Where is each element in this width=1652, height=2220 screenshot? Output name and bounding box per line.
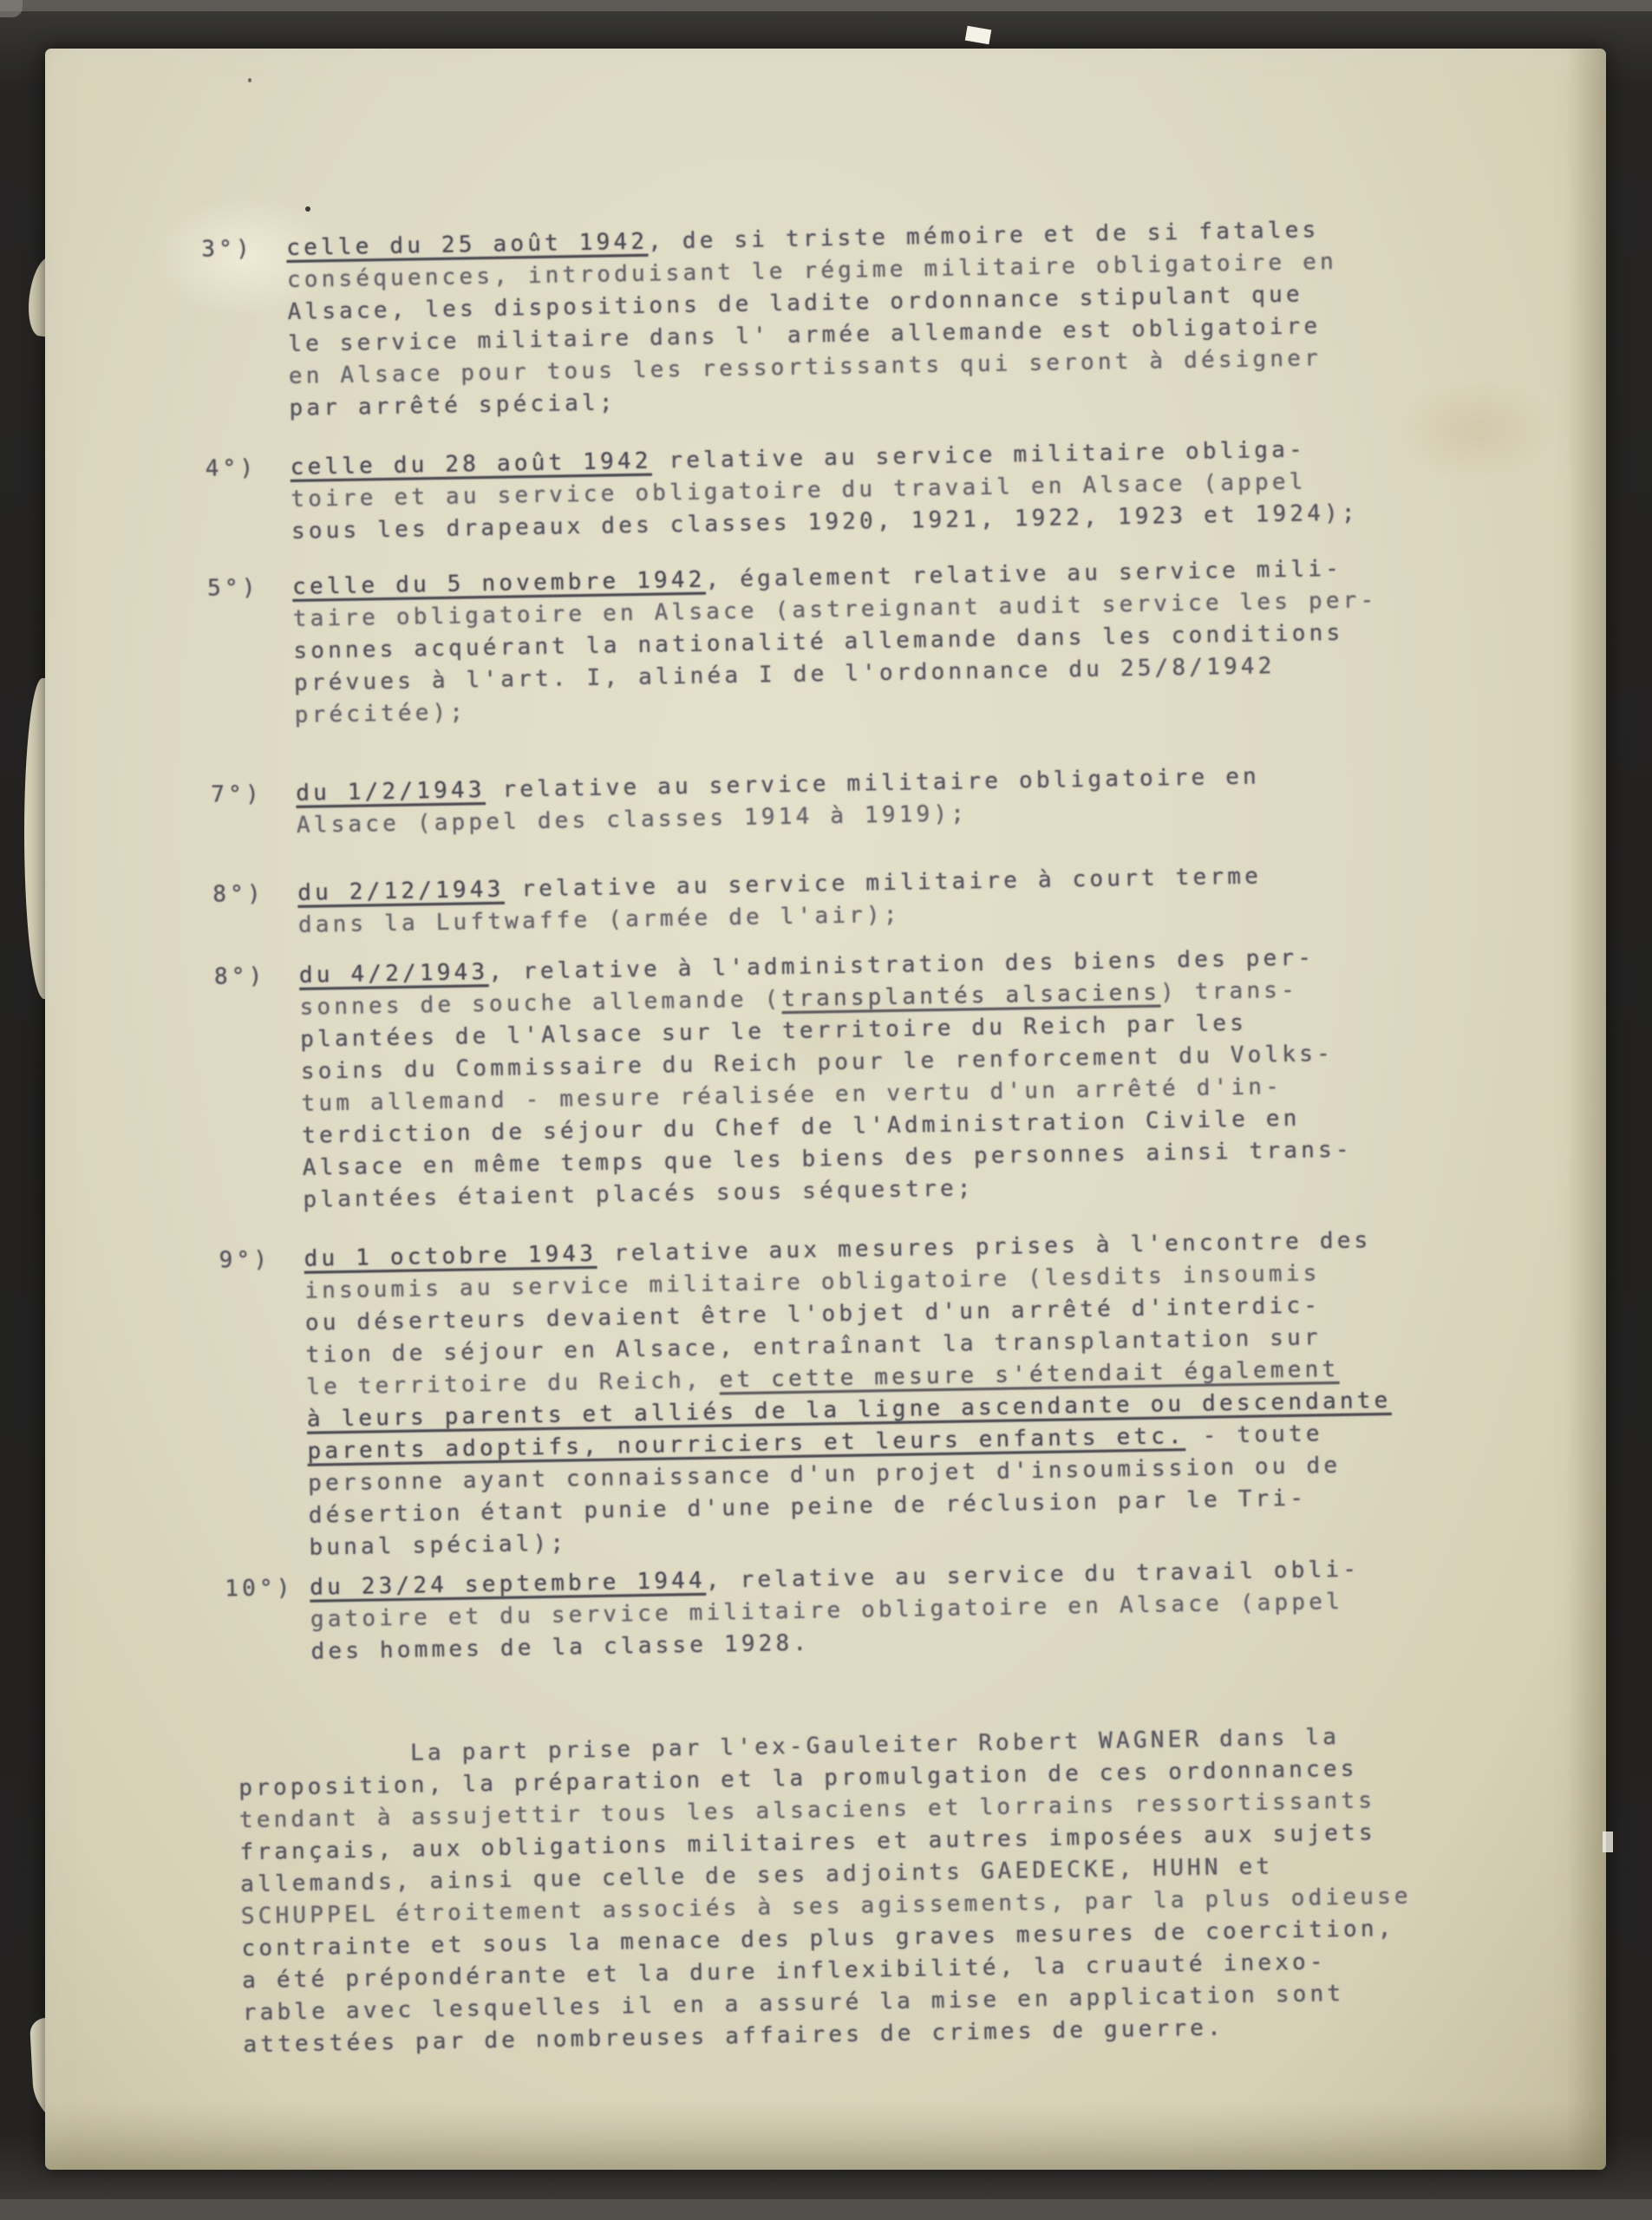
document-page: 3°)celle du 25 août 1942, de si triste m… <box>45 49 1606 2170</box>
ordinance-item: 4°)celle du 28 août 1942 relative au ser… <box>290 432 1427 548</box>
ordinance-item: 3°)celle du 25 août 1942, de si triste m… <box>286 212 1426 425</box>
text-segment: - toute <box>1185 1420 1323 1449</box>
underlined-text: du 1/2/1943 <box>296 777 486 806</box>
paper-shadow-bottom <box>45 2100 1606 2170</box>
underlined-text: du 1 octobre 1943 <box>304 1241 597 1272</box>
scanner-edge-top <box>0 0 1652 11</box>
typewritten-text: 3°)celle du 25 août 1942, de si triste m… <box>286 212 1454 2060</box>
item-number: 8°) <box>212 878 264 911</box>
paper-shadow-right <box>1566 49 1606 2170</box>
text-segment: sonnes de souche allemande ( <box>299 986 781 1021</box>
speck <box>248 78 251 82</box>
text-segment: bunal spécial); <box>309 1531 567 1561</box>
item-number: 8°) <box>214 961 266 994</box>
ordinance-item: 8°)du 2/12/1943 relative au service mili… <box>297 858 1434 942</box>
underlined-text: du 23/24 septembre 1944 <box>310 1568 706 1601</box>
text-segment: ) trans- <box>1160 977 1298 1006</box>
speck <box>1603 1831 1613 1852</box>
text-segment: le territoire du Reich, <box>306 1367 720 1400</box>
ordinance-item: 9°)du 1 octobre 1943 relative aux mesure… <box>304 1224 1445 1564</box>
ordinance-item: 8°)du 4/2/1943, relative à l'administrat… <box>299 940 1440 1217</box>
text-segment: dans la Luftwaffe (armée de l'air); <box>298 902 901 938</box>
scanner-edge-bottom <box>0 2199 1652 2220</box>
ordinance-item: 10°)du 23/24 septembre 1944, relative au… <box>310 1552 1447 1668</box>
speck <box>305 206 310 212</box>
item-number: 7°) <box>211 779 263 812</box>
underlined-text: du 4/2/1943 <box>299 959 489 989</box>
text-segment: précitée); <box>294 699 467 728</box>
text-segment: des hommes de la classe 1928. <box>310 1630 810 1665</box>
item-number: 5°) <box>207 572 259 605</box>
closing-paragraph: La part prise par l'ex-Gauleiter Robert … <box>238 1720 1453 2061</box>
text-segment: par arrêté spécial; <box>289 389 617 421</box>
item-number: 10°) <box>225 1572 294 1605</box>
ordinance-item: 7°)du 1/2/1943 relative au service milit… <box>296 758 1433 842</box>
underlined-text: celle du 28 août 1942 <box>290 448 651 480</box>
item-number: 3°) <box>201 233 253 266</box>
underlined-text: du 2/12/1943 <box>297 877 505 906</box>
item-number: 9°) <box>219 1244 271 1276</box>
underlined-text: transplantés alsaciens <box>781 980 1160 1013</box>
ordinance-list: 3°)celle du 25 août 1942, de si triste m… <box>286 212 1447 1668</box>
underlined-text: celle du 5 novembre 1942 <box>292 567 706 600</box>
item-number: 4°) <box>205 453 257 486</box>
underlined-text: celle du 25 août 1942 <box>286 229 648 261</box>
ordinance-item: 5°)celle du 5 novembre 1942, également r… <box>292 552 1431 732</box>
